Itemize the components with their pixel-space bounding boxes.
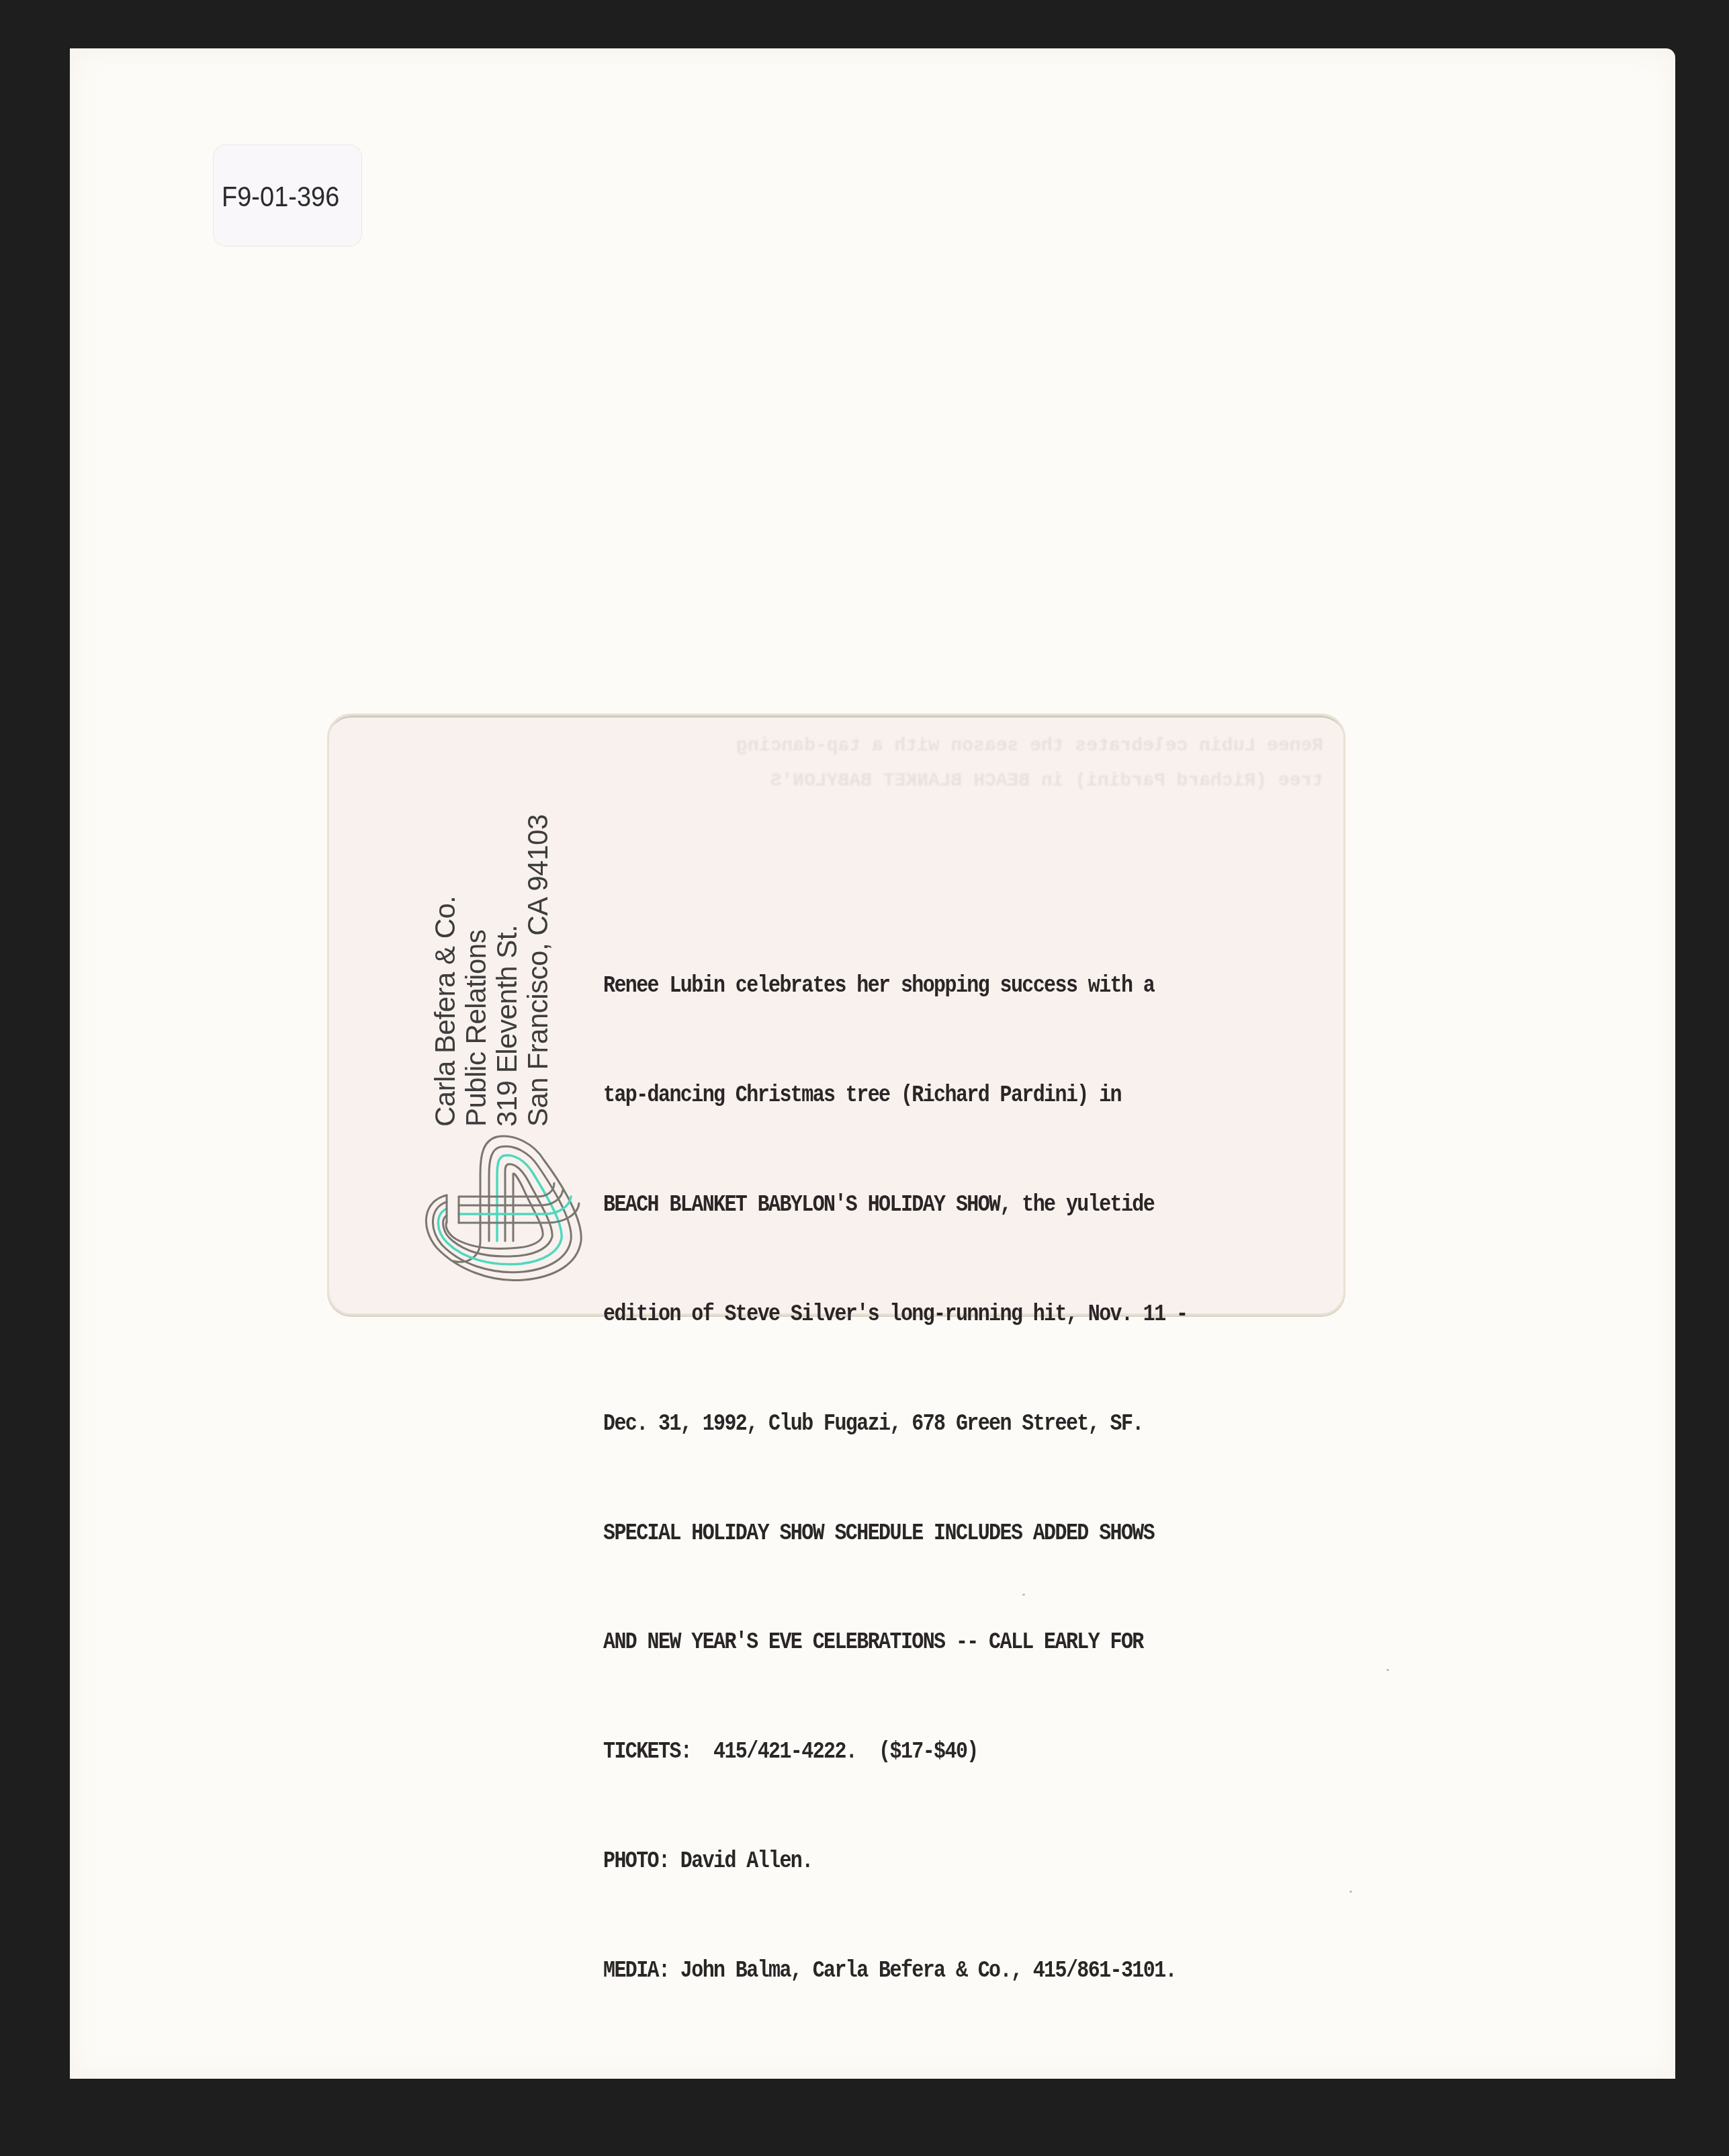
caption-line: tap-dancing Christmas tree (Richard Pard… — [603, 1080, 1315, 1112]
bleed-line: Renee Lubin celebrates the season with a… — [584, 729, 1323, 764]
interlaced-ribbon-logo-icon — [410, 1113, 598, 1301]
press-caption: Renee Lubin celebrates her shopping succ… — [603, 894, 1315, 2065]
caption-line: edition of Steve Silver's long-running h… — [603, 1299, 1315, 1331]
caption-line-media-contact: MEDIA: John Balma, Carla Befera & Co., 4… — [603, 1955, 1315, 1987]
bleed-line: tree (Richard Pardini) in BEACH BLANKET … — [584, 764, 1323, 799]
company-name: Carla Befera & Co. — [430, 750, 461, 1127]
company-street: 319 Eleventh St. — [492, 750, 523, 1127]
caption-line: Dec. 31, 1992, Club Fugazi, 678 Green St… — [603, 1408, 1315, 1440]
caption-line: SPECIAL HOLIDAY SHOW SCHEDULE INCLUDES A… — [603, 1518, 1315, 1550]
catalog-label-sticker: F9-01-396 — [214, 145, 361, 246]
company-department: Public Relations — [461, 750, 492, 1127]
catalog-number: F9-01-396 — [222, 181, 339, 214]
caption-line: Renee Lubin celebrates her shopping succ… — [603, 970, 1315, 1002]
photo-backing-paper: F9-01-396 Renee Lubin celebrates the sea… — [70, 48, 1675, 2079]
company-city: San Francisco, CA 94103 — [523, 750, 553, 1127]
caption-line-tickets: TICKETS: 415/421-4222. ($17-$40) — [603, 1736, 1315, 1768]
paper-speck — [1349, 1891, 1352, 1893]
bleed-through-text: Renee Lubin celebrates the season with a… — [584, 729, 1323, 799]
caption-line-photo-credit: PHOTO: David Allen. — [603, 1846, 1315, 1878]
caption-line: AND NEW YEAR'S EVE CELEBRATIONS -- CALL … — [603, 1627, 1315, 1659]
paper-speck — [1386, 1669, 1389, 1671]
caption-card: Renee Lubin celebrates the season with a… — [327, 714, 1345, 1316]
letterhead: Carla Befera & Co. Public Relations 319 … — [430, 750, 618, 1127]
caption-line: BEACH BLANKET BABYLON'S HOLIDAY SHOW, th… — [603, 1189, 1315, 1221]
